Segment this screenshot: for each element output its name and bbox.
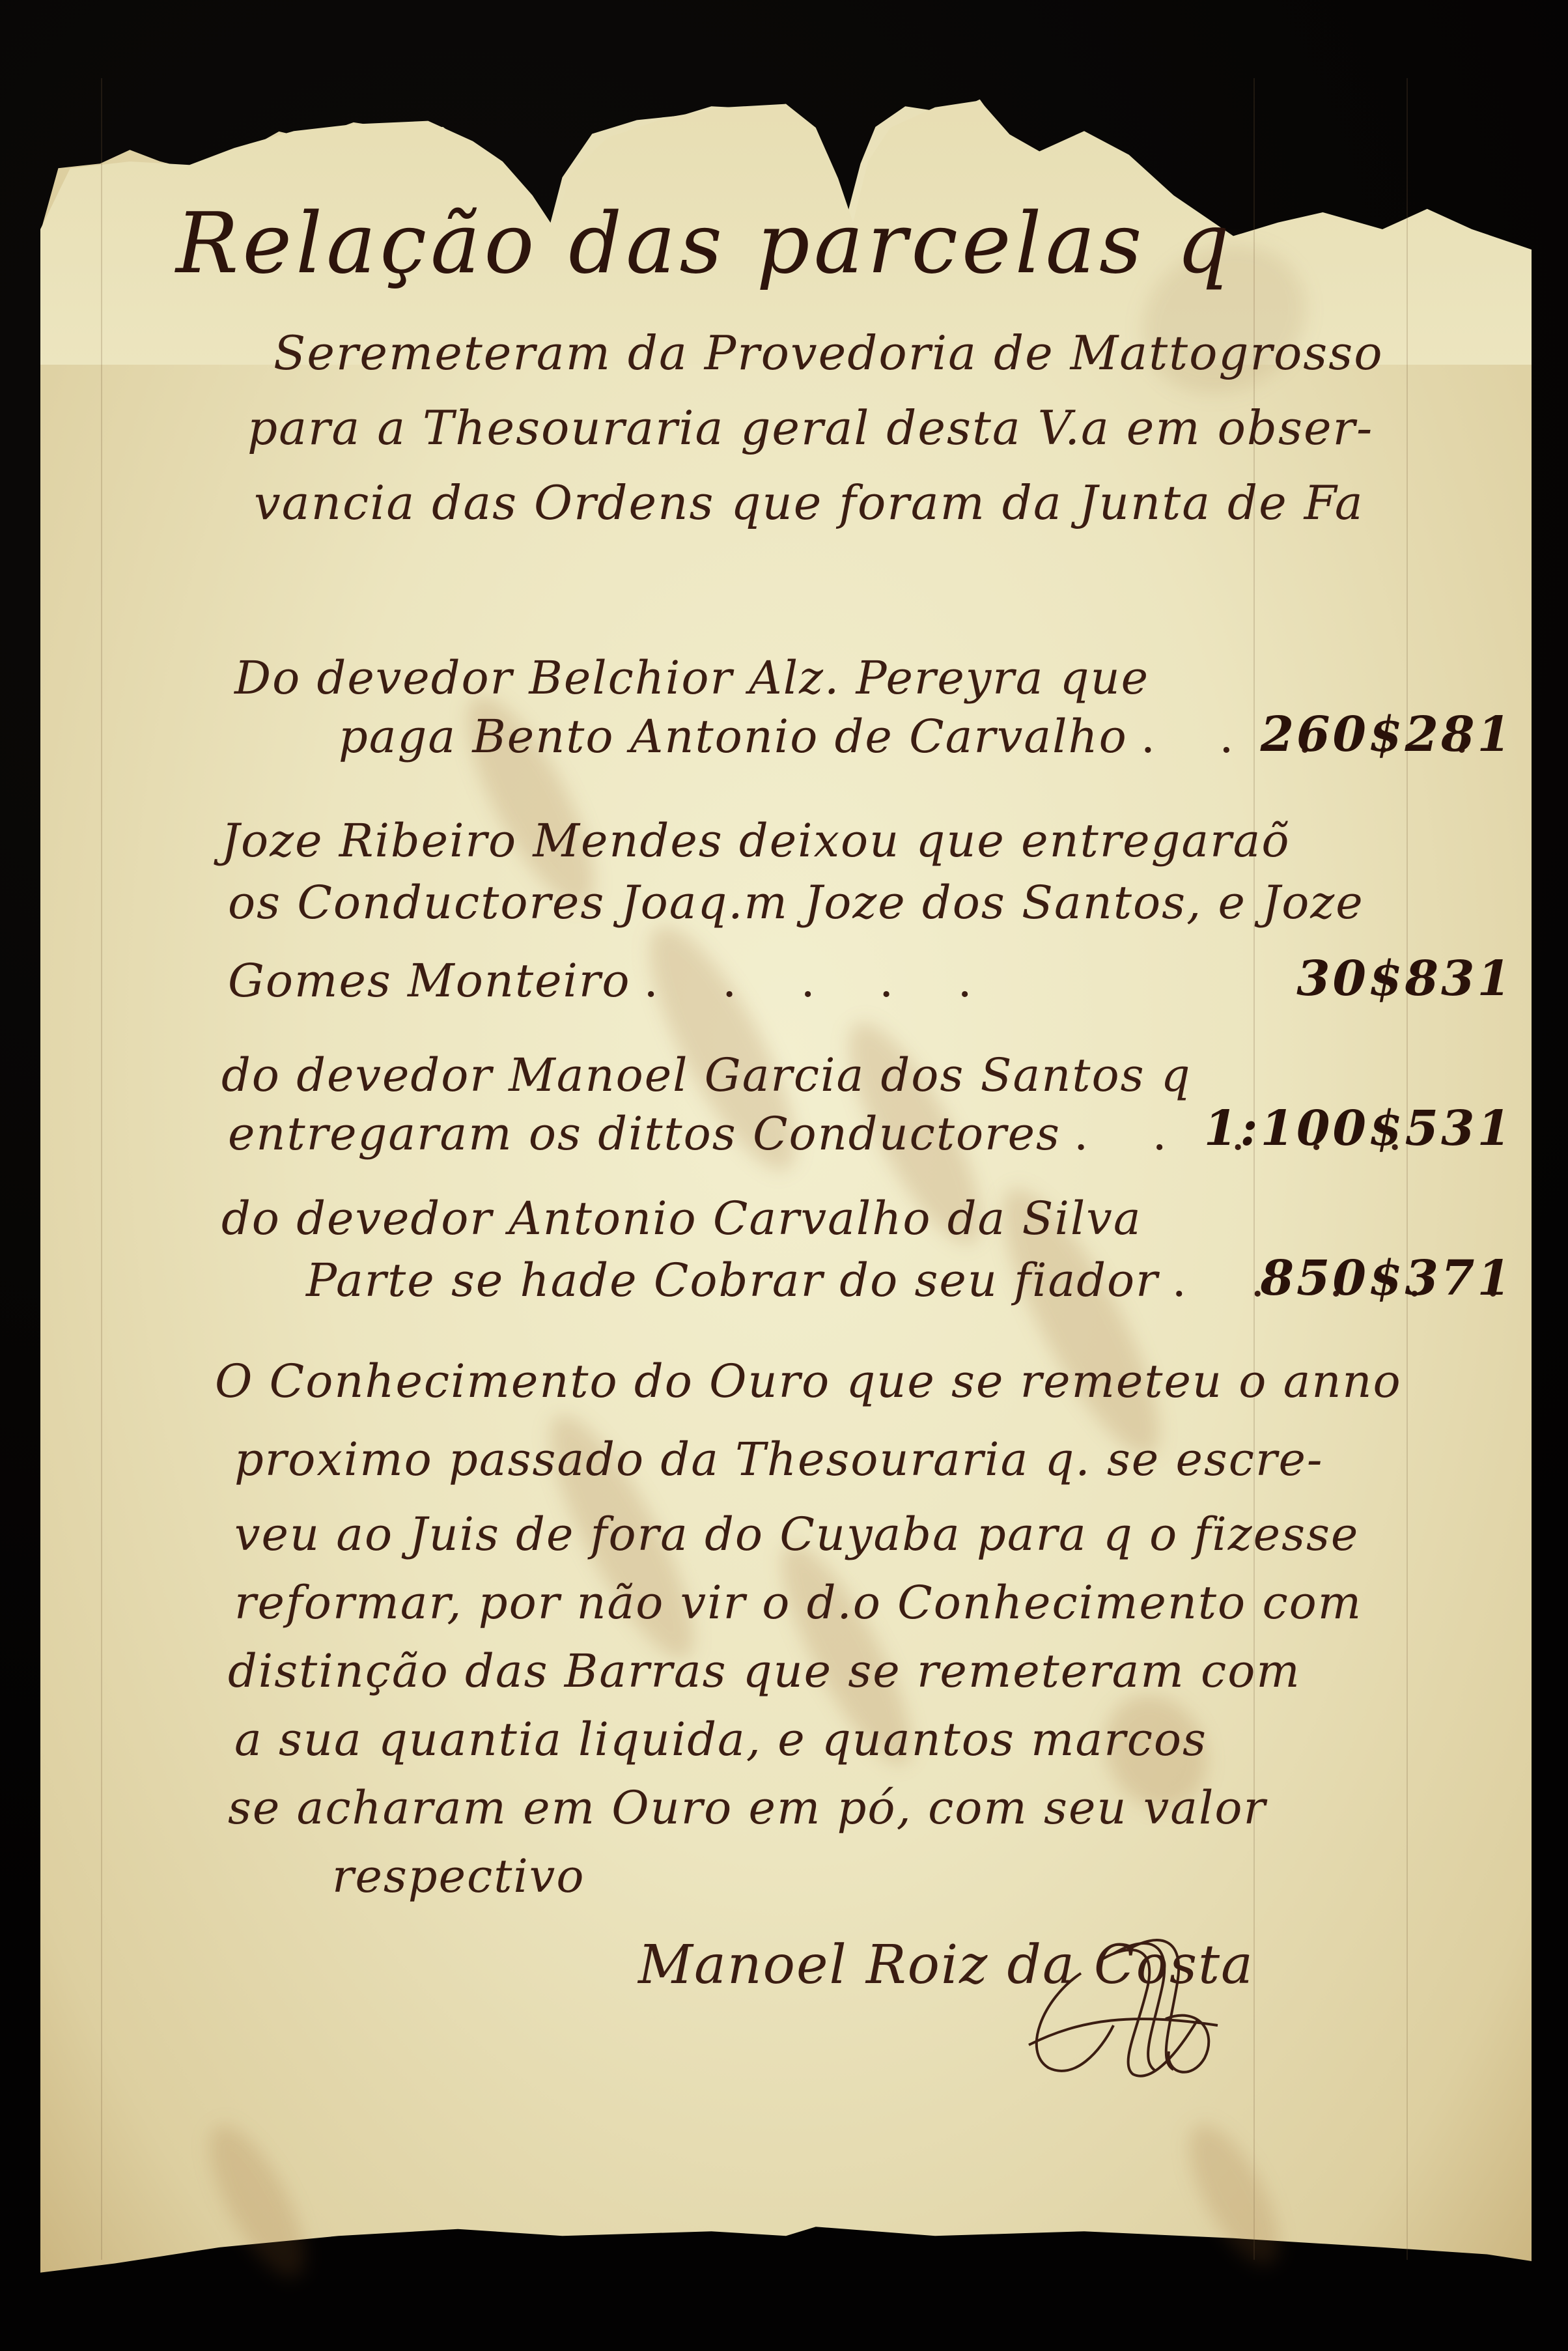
margin-rule — [101, 78, 102, 2260]
entry-3-amount: 1:100$531 — [1204, 1101, 1513, 1157]
note-line-8: respectivo — [332, 1850, 585, 1903]
entry-2-amount: 30$831 — [1296, 951, 1513, 1007]
entry-2-line-2: os Conductores Joaq.m Joze dos Santos, e… — [228, 876, 1364, 929]
heading-line-3: vancia das Ordens que foram da Junta de … — [254, 475, 1364, 530]
entry-2-line-3: Gomes Monteiro. . . . . — [228, 954, 997, 1007]
signature-flourish-icon — [1003, 1921, 1237, 2091]
note-line-1: O Conhecimento do Ouro que se remeteu o … — [215, 1355, 1402, 1408]
entry-4-amount: 850$371 — [1261, 1250, 1513, 1306]
entry-1-amount: 260$281 — [1261, 707, 1513, 763]
note-line-4: reformar, por não vir o d.o Conhecimento… — [234, 1576, 1362, 1629]
entry-3-line-1: do devedor Manoel Garcia dos Santos q — [221, 1049, 1192, 1102]
entry-text: entregaram os dittos Conductores — [228, 1107, 1061, 1161]
entry-text: paga Bento Antonio de Carvalho — [339, 710, 1128, 763]
note-line-6: a sua quantia liquida, e quantos marcos — [234, 1713, 1207, 1766]
entry-text: Gomes Monteiro — [228, 954, 631, 1007]
note-line-2: proximo passado da Thesouraria q. se esc… — [234, 1433, 1324, 1486]
document-title: Relação das parcelas q — [176, 195, 1233, 292]
heading-line-1: Seremeteram da Provedoria de Mattogrosso — [273, 326, 1384, 380]
leader-dots: . . . . . — [644, 954, 997, 1007]
margin-rule — [1407, 78, 1408, 2260]
entry-2-line-1: Joze Ribeiro Mendes deixou que entregara… — [221, 814, 1290, 867]
note-line-3: veu ao Juis de fora do Cuyaba para q o f… — [234, 1508, 1359, 1561]
note-line-5: distinção das Barras que se remeteram co… — [228, 1644, 1301, 1698]
heading-line-2: para a Thesouraria geral desta V.a em ob… — [247, 401, 1373, 455]
entry-1-line-1: Do devedor Belchior Alz. Pereyra que — [234, 651, 1149, 705]
note-line-7: se acharam em Ouro em pó, com seu valor — [228, 1781, 1267, 1835]
entry-4-line-1: do devedor Antonio Carvalho da Silva — [221, 1192, 1142, 1245]
title-text: Relação das parcelas q — [176, 195, 1233, 292]
entry-text: Parte se hade Cobrar do seu fiador — [306, 1254, 1159, 1307]
